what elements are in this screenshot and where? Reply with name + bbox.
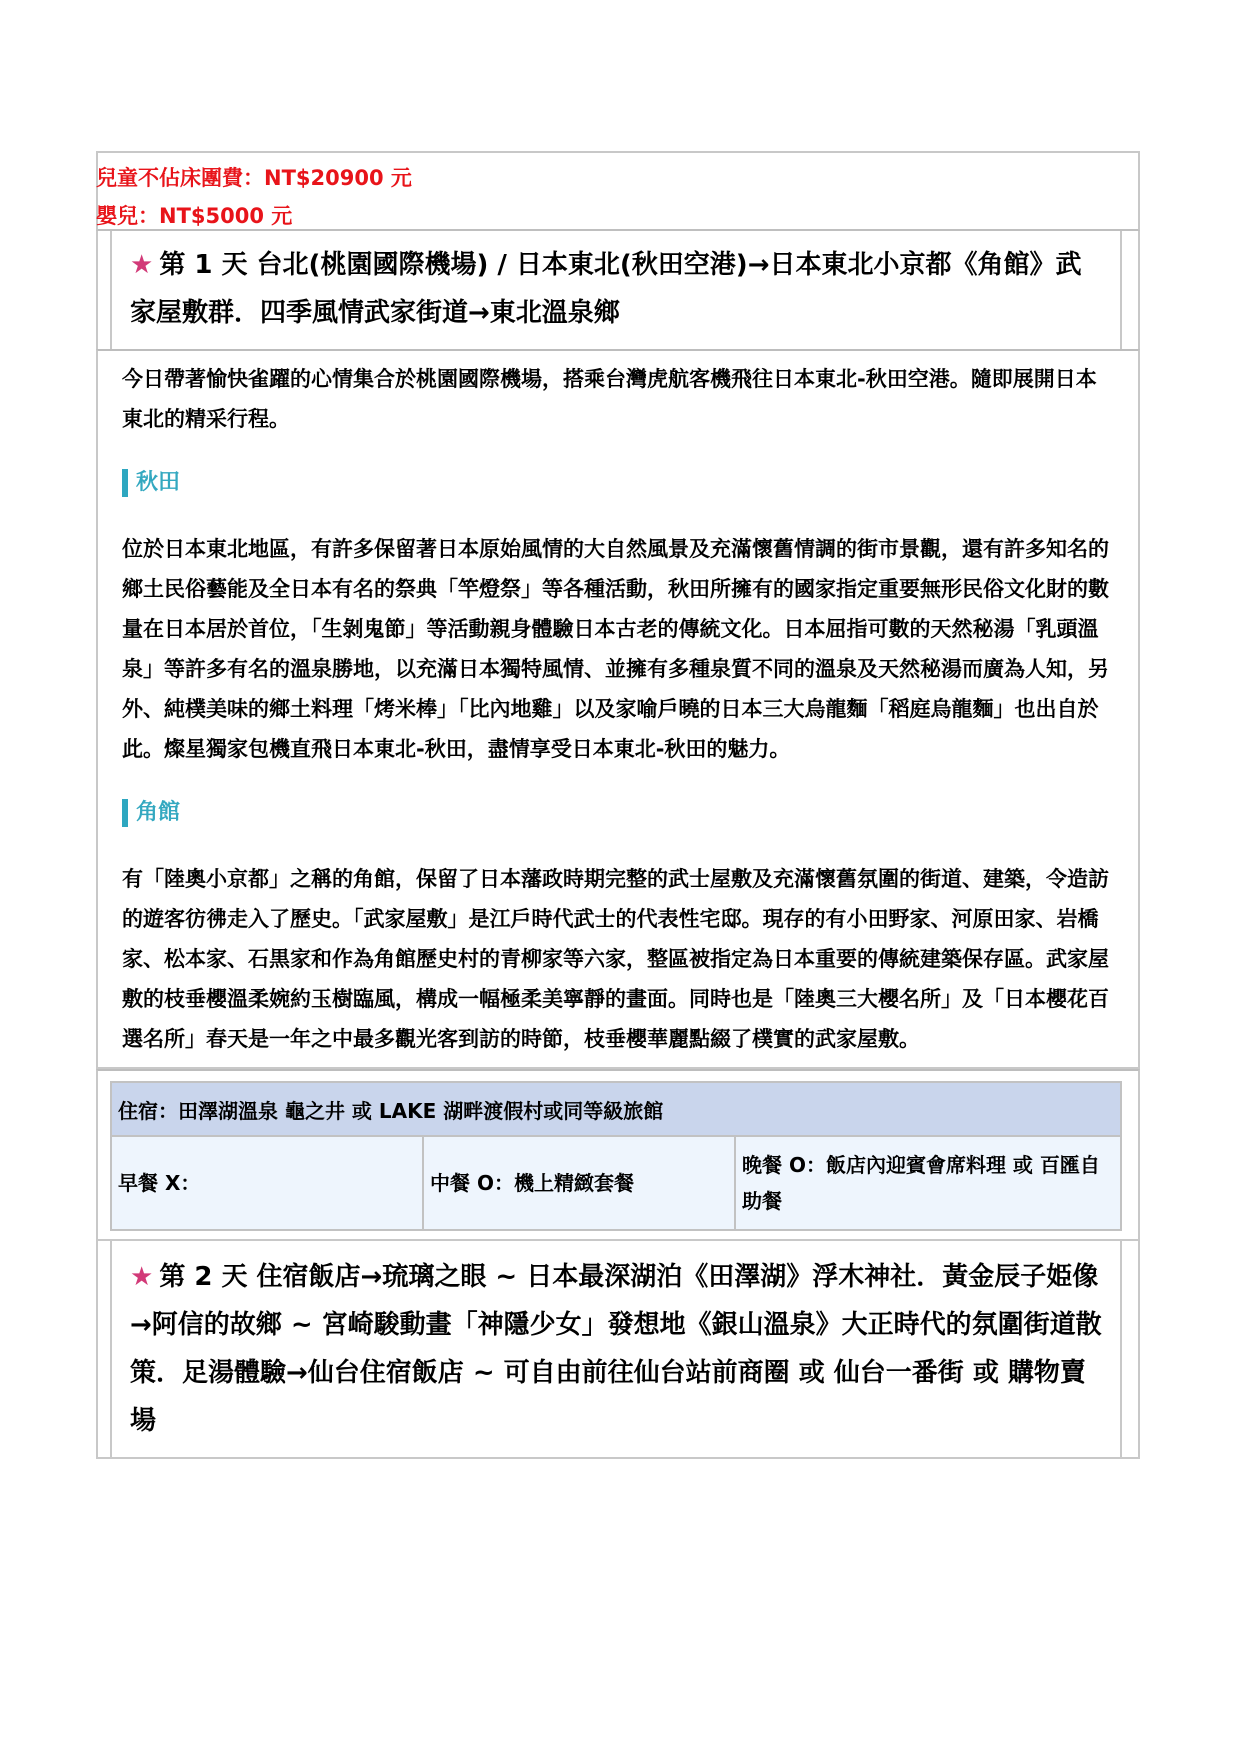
section-heading-kakunodate: 角館 — [122, 795, 1112, 831]
star-icon: ★ — [130, 250, 153, 280]
section-body-akita: 位於日本東北地區，有許多保留著日本原始風情的大自然風景及充滿懷舊情調的街市景觀，… — [122, 529, 1112, 769]
child-no-bed-price: 兒童不佔床團費：NT$20900 元 — [96, 159, 1138, 197]
day1-content: 今日帶著愉快雀躍的心情集合於桃園國際機場，搭乘台灣虎航客機飛往日本東北-秋田空港… — [96, 349, 1140, 1069]
hotel-cell: 住宿：田澤湖溫泉 龜之井 或 LAKE 湖畔渡假村或同等級旅館 — [111, 1082, 1121, 1136]
price-block: 兒童不佔床團費：NT$20900 元 嬰兒：NT$5000 元 — [96, 151, 1140, 231]
itinerary-page: 兒童不佔床團費：NT$20900 元 嬰兒：NT$5000 元 ★第 1 天 台… — [96, 151, 1140, 1459]
section-heading-text: 秋田 — [136, 463, 180, 503]
day2-title-cell: ★第 2 天 住宿飯店→琉璃之眼 ~ 日本最深湖泊《田澤湖》浮木神社．黃金辰子姫… — [110, 1241, 1122, 1457]
section-heading-akita: 秋田 — [122, 465, 1112, 501]
hotel-row: 住宿：田澤湖溫泉 龜之井 或 LAKE 湖畔渡假村或同等級旅館 — [111, 1082, 1121, 1136]
section-heading-text: 角館 — [136, 793, 180, 833]
heading-bar-icon — [122, 799, 128, 827]
meal-row: 早餐 X： 中餐 O：機上精緻套餐 晚餐 O：飯店內迎賓會席料理 或 百匯自助餐 — [111, 1136, 1121, 1230]
section-body-kakunodate: 有「陸奧小京都」之稱的角館，保留了日本藩政時期完整的武士屋敷及充滿懷舊氛圍的街道… — [122, 859, 1112, 1059]
day1-intro: 今日帶著愉快雀躍的心情集合於桃園國際機場，搭乘台灣虎航客機飛往日本東北-秋田空港… — [122, 359, 1112, 439]
lodging-meals-table: 住宿：田澤湖溫泉 龜之井 或 LAKE 湖畔渡假村或同等級旅館 早餐 X： 中餐… — [110, 1081, 1122, 1231]
dinner-cell: 晚餐 O：飯店內迎賓會席料理 或 百匯自助餐 — [735, 1136, 1121, 1230]
day2-title: 第 2 天 住宿飯店→琉璃之眼 ~ 日本最深湖泊《田澤湖》浮木神社．黃金辰子姫像… — [130, 1262, 1102, 1436]
infant-price: 嬰兒：NT$5000 元 — [96, 197, 1138, 235]
lunch-cell: 中餐 O：機上精緻套餐 — [423, 1136, 735, 1230]
day1-title-row: ★第 1 天 台北(桃園國際機場) / 日本東北(秋田空港)→日本東北小京都《角… — [96, 231, 1140, 349]
day2-title-row: ★第 2 天 住宿飯店→琉璃之眼 ~ 日本最深湖泊《田澤湖》浮木神社．黃金辰子姫… — [96, 1241, 1140, 1459]
day1-lodging-meals: 住宿：田澤湖溫泉 龜之井 或 LAKE 湖畔渡假村或同等級旅館 早餐 X： 中餐… — [96, 1069, 1140, 1241]
day1-title: 第 1 天 台北(桃園國際機場) / 日本東北(秋田空港)→日本東北小京都《角館… — [130, 250, 1081, 328]
heading-bar-icon — [122, 469, 128, 497]
star-icon: ★ — [130, 1262, 153, 1292]
breakfast-cell: 早餐 X： — [111, 1136, 423, 1230]
day1-title-cell: ★第 1 天 台北(桃園國際機場) / 日本東北(秋田空港)→日本東北小京都《角… — [110, 231, 1122, 349]
